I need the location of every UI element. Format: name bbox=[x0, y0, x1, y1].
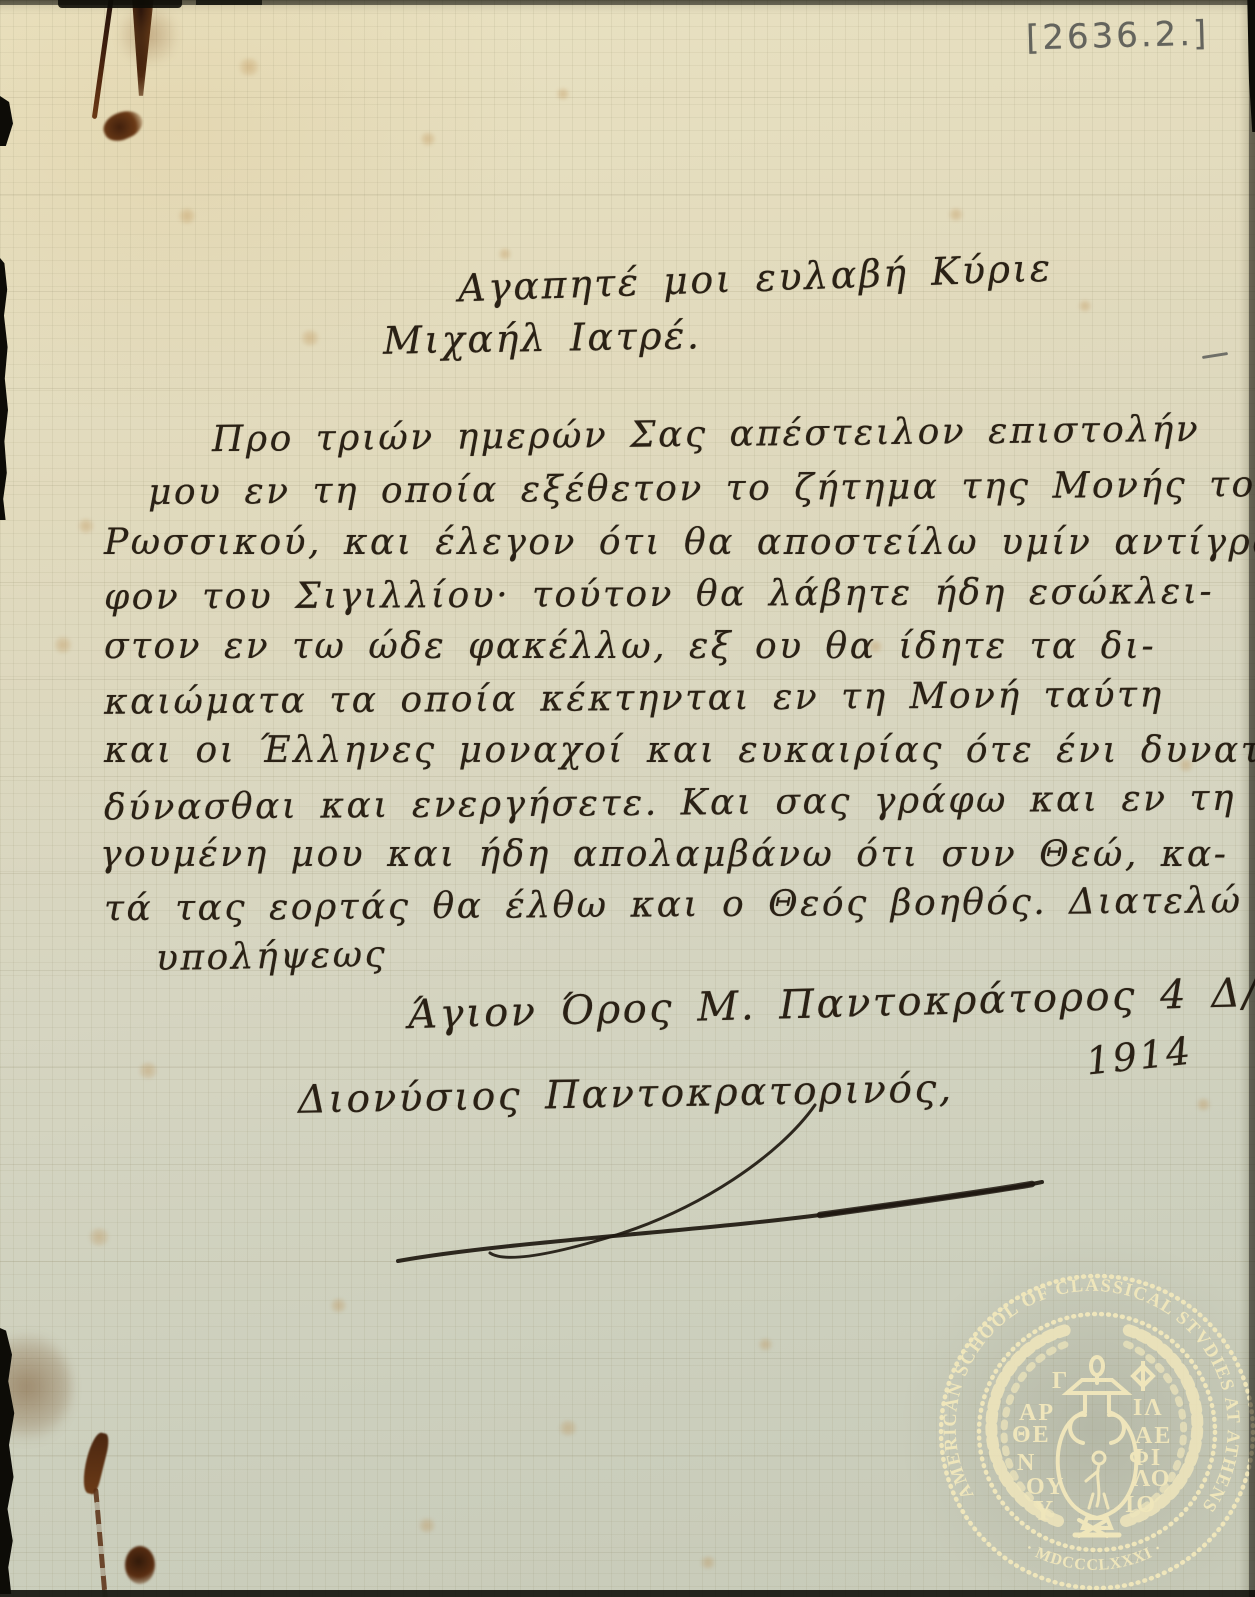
body-line: δύνασθαι και ενεργήσετε. Και σας γράφω κ… bbox=[104, 776, 1255, 828]
scan-edge-left-lower bbox=[0, 1328, 15, 1594]
drip-trail-stain bbox=[93, 1488, 108, 1597]
foxing-spot bbox=[78, 518, 94, 534]
scan-edge-top bbox=[0, 0, 1255, 5]
body-line: μου εν τη οποία εξέθετον το ζήτημα της Μ… bbox=[148, 464, 1255, 513]
body-line: Προ τριών ημερών Σας απέστειλον επιστολή… bbox=[212, 409, 1201, 460]
drip-crescent-stain bbox=[79, 1431, 111, 1496]
body-line: και οι Έλληνες μοναχοί και ευκαιρίας ότε… bbox=[104, 730, 1255, 771]
foxing-spot bbox=[556, 88, 570, 100]
svg-text:Υ: Υ bbox=[1033, 1496, 1055, 1527]
body-line: φον του Σιγιλλίου· τούτον θα λάβητε ήδη … bbox=[104, 571, 1214, 618]
brown-halo-stain bbox=[118, 0, 178, 70]
ascsa-seal: AMERICAN SCHOOL OF CLASSICAL STVDIES AT … bbox=[927, 1262, 1255, 1597]
svg-text:ΙΛ: ΙΛ bbox=[1133, 1395, 1164, 1421]
svg-text:ΛΟ: ΛΟ bbox=[1133, 1466, 1171, 1492]
foxing-spot bbox=[418, 1518, 436, 1533]
salutation-line-2: Μιχαήλ Ιατρέ. bbox=[383, 313, 702, 363]
scan-edge-corner-topleft bbox=[0, 96, 13, 146]
catalog-number: [2636.2.] bbox=[1026, 14, 1210, 59]
svg-text:ΘΕ: ΘΕ bbox=[1012, 1422, 1051, 1448]
foxing-spot bbox=[1078, 300, 1092, 312]
foxing-spot bbox=[178, 208, 196, 224]
foxing-spot bbox=[700, 1556, 716, 1569]
svg-text:ΙΟ: ΙΟ bbox=[1125, 1492, 1157, 1518]
fuzzy-stain bbox=[0, 1332, 72, 1442]
dateline: Άγιον Όρος Μ. Παντοκράτορος 4 Δ/βρη bbox=[408, 968, 1255, 1038]
body-line: στον εν τω ώδε φακέλλω, εξ ου θα ίδητε τ… bbox=[104, 626, 1156, 667]
foxing-spot bbox=[558, 1420, 578, 1436]
scan-edge-left-upper bbox=[0, 258, 8, 520]
ink-drip-stain bbox=[128, 0, 154, 96]
body-line: Ρωσσικού, και έλεγον ότι θα αποστείλω υμ… bbox=[104, 522, 1255, 563]
foxing-spot bbox=[1196, 1098, 1211, 1111]
pencil-dash bbox=[1202, 352, 1228, 359]
scan-edge-top-dark-2 bbox=[196, 0, 262, 5]
foxing-spot bbox=[498, 248, 512, 260]
scan-edge-corner-topright bbox=[1244, 0, 1255, 132]
svg-text:Ν: Ν bbox=[1017, 1450, 1036, 1476]
scan-edge-top-dark-1 bbox=[58, 0, 182, 8]
foxing-spot bbox=[758, 1338, 773, 1351]
salutation-line-1: Αγαπητέ μοι ευλαβή Κύριε bbox=[457, 246, 1053, 311]
body-line: τά τας εορτάς θα έλθω και ο Θεός βοηθός.… bbox=[104, 880, 1255, 930]
seal-roman-year: · MDCCCLXXXI · bbox=[1023, 1539, 1166, 1573]
drip-blob-stain bbox=[125, 1546, 155, 1584]
ink-drip-stain bbox=[92, 0, 114, 119]
foxing-spot bbox=[948, 208, 964, 221]
ink-blob-stain bbox=[99, 105, 147, 146]
svg-text:Γ: Γ bbox=[1052, 1368, 1069, 1394]
foxing-spot bbox=[420, 132, 436, 146]
body-line: υπολήψεως bbox=[156, 934, 388, 979]
foxing-spot bbox=[300, 330, 320, 346]
foxing-spot bbox=[88, 1228, 110, 1246]
body-line: καιώματα τα οποία κέκτηνται εν τη Μονή τ… bbox=[104, 674, 1164, 722]
scanned-letter-page: [2636.2.] Αγαπητέ μοι ευλαβή Κύριε Μιχαή… bbox=[0, 0, 1255, 1597]
foxing-spot bbox=[138, 1062, 158, 1079]
body-line: γουμένη μου και ήδη απολαμβάνω ότι συν Θ… bbox=[100, 834, 1228, 875]
foxing-spot bbox=[238, 58, 260, 76]
year: 1914 bbox=[1084, 1029, 1195, 1084]
foxing-spot bbox=[54, 636, 72, 654]
phi-ornament-icon bbox=[1133, 1361, 1153, 1391]
